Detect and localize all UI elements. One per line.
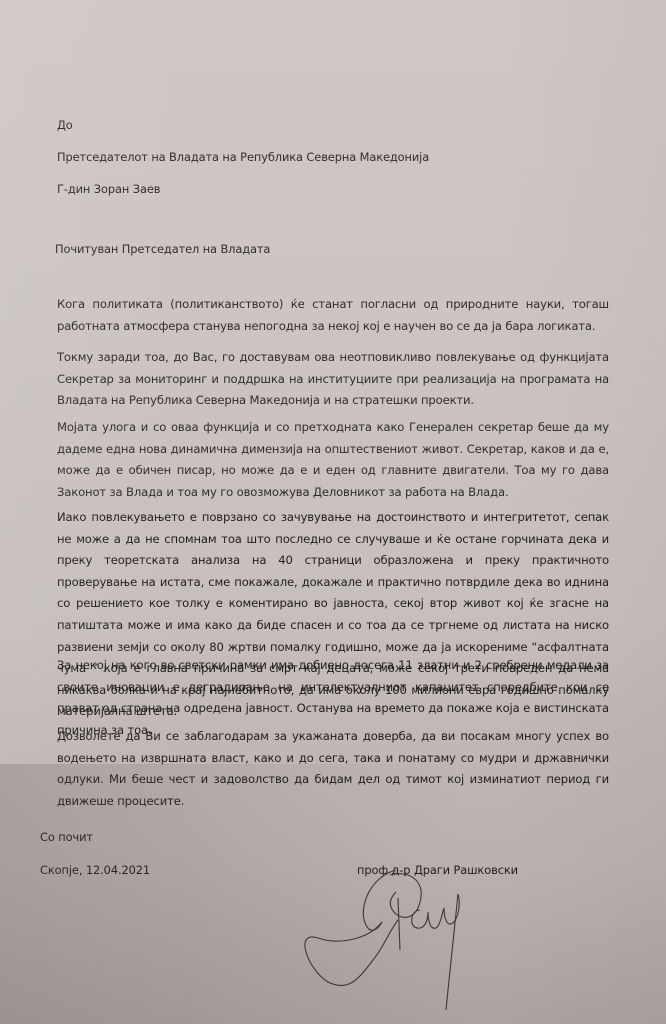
paragraph-2: Токму заради тоа, до Вас, го доставувам … (57, 347, 609, 412)
paragraph-1: Кога политиката (политиканството) ќе ста… (57, 294, 609, 337)
paragraph-3: Мојата улога и со оваа функција и со пре… (57, 417, 609, 503)
recipient-name: Г-дин Зоран Заев (57, 182, 160, 197)
to-label: До (57, 118, 73, 133)
salutation: Почитуван Претседател на Владата (55, 242, 270, 257)
paragraph-6: Дозволете да Ви се заблагодарам за укажа… (57, 726, 609, 812)
closing: Со почит (40, 830, 93, 845)
handwritten-signature (298, 870, 498, 1020)
place-date: Скопје, 12.04.2021 (40, 863, 150, 878)
recipient-title: Претседателот на Владата на Република Се… (57, 150, 429, 165)
letter-page: До Претседателот на Владата на Република… (0, 0, 666, 1024)
